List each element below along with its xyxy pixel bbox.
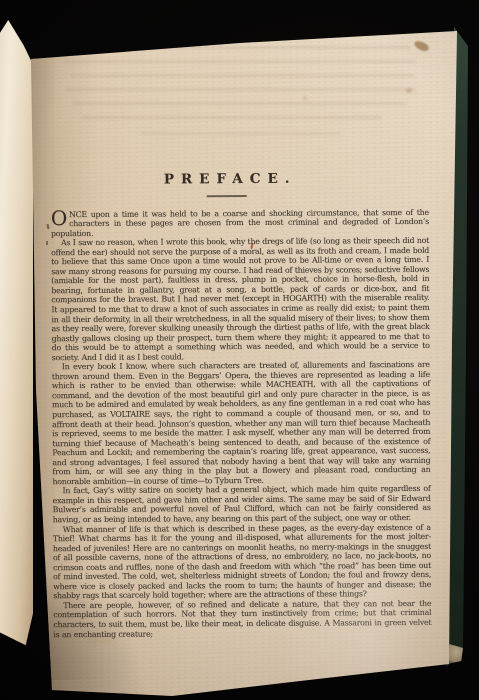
preface-paragraph: As I saw no reason, when I wrote this bo… (51, 236, 430, 362)
foxing-stain (413, 39, 430, 53)
paragraph-text: NCE upon a time it was held to be a coar… (51, 207, 429, 237)
show-through-text (66, 88, 416, 91)
show-through-text (70, 46, 410, 49)
preface-paragraph: ONCE upon a time it was held to be a coa… (51, 207, 429, 238)
page-content: PREFACE. ONCE upon a time it was held to… (51, 167, 432, 639)
preface-paragraph: What manner of life is that which is des… (53, 522, 431, 601)
show-through-text (140, 132, 340, 135)
photo-background: PREFACE. ONCE upon a time it was held to… (0, 0, 479, 700)
show-through-text (82, 116, 382, 119)
title-divider (207, 195, 247, 197)
show-through-text (64, 60, 416, 63)
facing-page-edge (0, 20, 33, 658)
preface-paragraph: In fact, Gay’s witty satire on society h… (53, 484, 431, 524)
preface-paragraph: In every book I know, where such charact… (52, 360, 431, 486)
show-through-text (70, 74, 415, 77)
ink-speck (46, 241, 48, 245)
book-page: PREFACE. ONCE upon a time it was held to… (0, 0, 479, 700)
preface-body: ONCE upon a time it was held to be a coa… (51, 207, 432, 639)
foxing-stain (406, 88, 412, 93)
preface-paragraph: There are people, however, of so refined… (53, 599, 431, 639)
foxing-stain (303, 96, 307, 100)
page-header: PREFACE. (38, 167, 416, 198)
drop-cap: O (51, 210, 69, 227)
show-through-text (72, 102, 407, 105)
page-title: PREFACE. (157, 171, 297, 188)
